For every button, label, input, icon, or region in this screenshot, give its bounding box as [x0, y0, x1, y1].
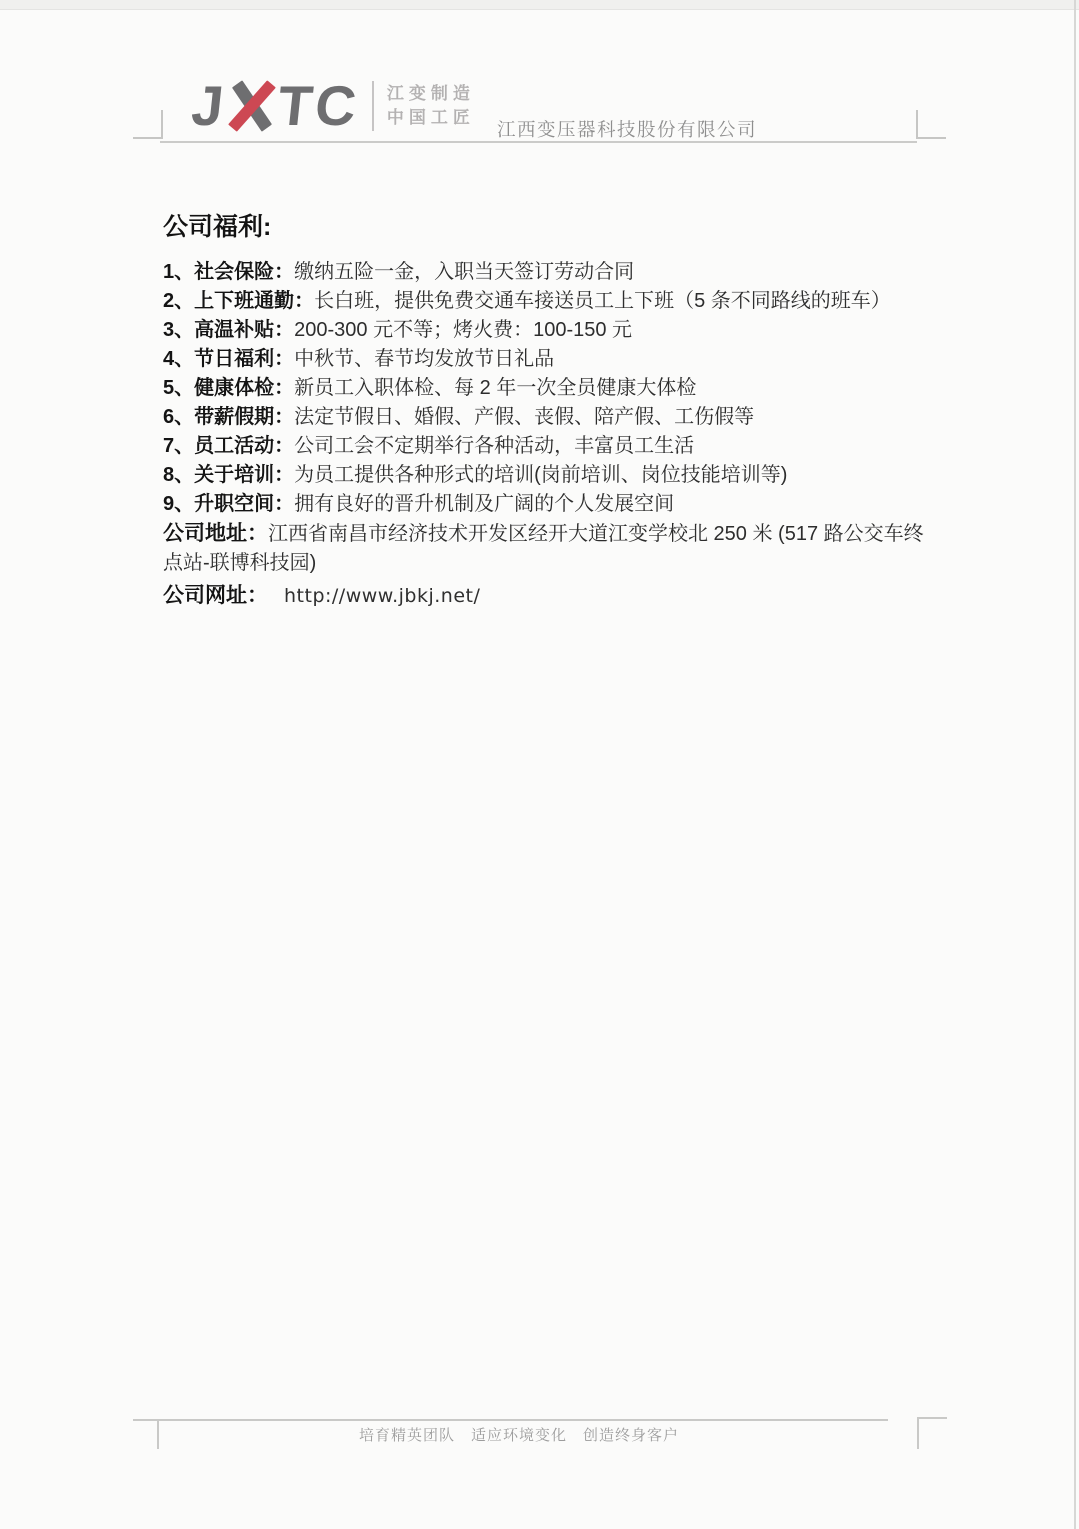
logo-x-icon — [226, 84, 279, 128]
document-body: 公司福利: 1、社会保险：缴纳五险一金，入职当天签订劳动合同 2、上下班通勤：长… — [163, 211, 942, 612]
benefit-text: 新员工入职体检、每 2 年一次全员健康大体检 — [294, 377, 696, 399]
document-page: J T C 江变制造 中国工匠 江西变压器科技股份有限公司 公司福利: 1、社会… — [0, 0, 1079, 1529]
benefit-item: 3、高温补贴：200-300 元不等；烤火费：100-150 元 — [163, 316, 942, 345]
benefit-label: 8、关于培训： — [163, 464, 294, 486]
logo-letter-j: J — [189, 78, 229, 134]
logo-tagline-line2: 中国工匠 — [387, 106, 475, 130]
benefits-list: 1、社会保险：缴纳五险一金，入职当天签订劳动合同 2、上下班通勤：长白班，提供免… — [163, 258, 942, 519]
benefit-text: 缴纳五险一金，入职当天签订劳动合同 — [294, 261, 634, 283]
jxtc-logo: J T C 江变制造 中国工匠 — [192, 78, 475, 134]
page-right-edge — [1074, 0, 1076, 1529]
logo-divider — [372, 81, 374, 131]
company-name: 江西变压器科技股份有限公司 — [497, 116, 757, 142]
benefit-item: 7、员工活动：公司工会不定期举行各种活动，丰富员工生活 — [163, 432, 942, 461]
website-label: 公司网址： — [163, 584, 268, 607]
benefit-text: 公司工会不定期举行各种活动，丰富员工生活 — [294, 435, 694, 457]
benefit-label: 2、上下班通勤： — [163, 290, 314, 312]
benefit-item: 2、上下班通勤：长白班，提供免费交通车接送员工上下班（5 条不同路线的班车） — [163, 287, 942, 316]
logo-tagline-line1: 江变制造 — [387, 82, 475, 106]
page-top-edge — [0, 0, 1079, 10]
benefit-label: 7、员工活动： — [163, 435, 294, 457]
benefit-label: 3、高温补贴： — [163, 319, 294, 341]
benefit-label: 6、带薪假期： — [163, 406, 294, 428]
benefit-item: 8、关于培训：为员工提供各种形式的培训(岗前培训、岗位技能培训等) — [163, 461, 942, 490]
benefit-item: 6、带薪假期：法定节假日、婚假、产假、丧假、陪产假、工伤假等 — [163, 403, 942, 432]
benefit-label: 5、健康体检： — [163, 377, 294, 399]
benefit-item: 5、健康体检：新员工入职体检、每 2 年一次全员健康大体检 — [163, 374, 942, 403]
website-url: http://www.jbkj.net/ — [284, 585, 480, 607]
benefit-item: 4、节日福利：中秋节、春节均发放节日礼品 — [163, 345, 942, 374]
logo-letter-c: C — [312, 78, 361, 134]
benefit-text: 拥有良好的晋升机制及广阔的个人发展空间 — [294, 493, 674, 515]
jxtc-logo-wordmark: J T C — [189, 78, 362, 134]
benefit-text: 为员工提供各种形式的培训(岗前培训、岗位技能培训等) — [294, 464, 787, 486]
benefit-text: 中秋节、春节均发放节日礼品 — [294, 348, 554, 370]
page-title: 公司福利: — [163, 211, 942, 243]
address-row: 公司地址：江西省南昌市经济技术开发区经开大道江变学校北 250 米 (517 路… — [163, 519, 942, 578]
address-label: 公司地址： — [163, 522, 268, 545]
benefit-text: 法定节假日、婚假、产假、丧假、陪产假、工伤假等 — [294, 406, 754, 428]
benefit-label: 1、社会保险： — [163, 261, 294, 283]
website-row: 公司网址：http://www.jbkj.net/ — [163, 580, 942, 612]
footer-slogan: 培育精英团队 适应环境变化 创造终身客户 — [150, 1424, 888, 1445]
benefit-label: 9、升职空间： — [163, 493, 294, 515]
benefit-label: 4、节日福利： — [163, 348, 294, 370]
benefit-item: 9、升职空间：拥有良好的晋升机制及广阔的个人发展空间 — [163, 490, 942, 519]
address-text: 江西省南昌市经济技术开发区经开大道江变学校北 250 米 (517 路公交车终点… — [163, 523, 924, 574]
benefit-text: 200-300 元不等；烤火费：100-150 元 — [294, 319, 632, 341]
footer-corner-mark-right — [917, 1417, 947, 1449]
benefit-text: 长白班，提供免费交通车接送员工上下班（5 条不同路线的班车） — [314, 290, 891, 312]
logo-letter-t: T — [275, 78, 318, 134]
header-rule — [160, 141, 917, 143]
header-corner-mark-left — [133, 110, 163, 139]
header-corner-mark-right — [916, 110, 946, 139]
benefit-item: 1、社会保险：缴纳五险一金，入职当天签订劳动合同 — [163, 258, 942, 287]
logo-tagline: 江变制造 中国工匠 — [387, 82, 475, 130]
footer-rule — [150, 1419, 888, 1421]
